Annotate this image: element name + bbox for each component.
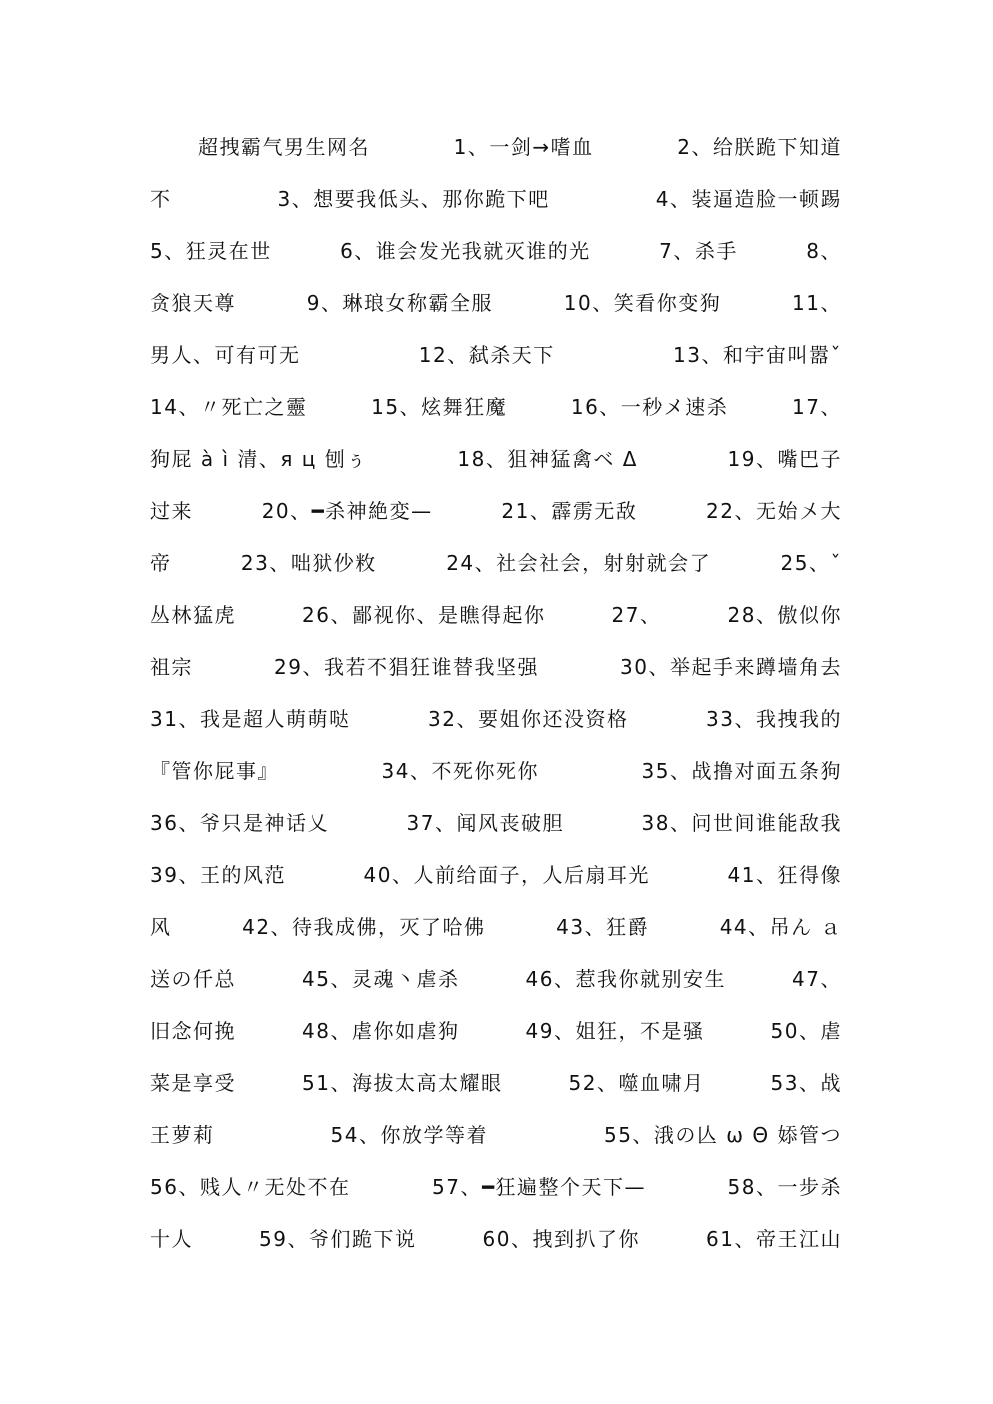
name-entry: 50、虐 — [771, 1012, 842, 1050]
name-entry: 17、 — [792, 388, 842, 426]
name-entry: 34、不死你死你 — [382, 752, 539, 790]
name-entry: 45、灵魂丶虐杀 — [302, 960, 459, 998]
name-entry: 25、ˇ — [781, 544, 842, 582]
name-entry: 5、狂灵在世 — [150, 232, 272, 270]
name-entry: 48、虐你如虐狗 — [302, 1012, 459, 1050]
text-line: 『管你屁事』 34、不死你死你 35、战撸对面五条狗 — [150, 752, 842, 804]
text-line: 39、王的风范 40、人前给面子，人后扇耳光 41、狂得像 — [150, 856, 842, 908]
name-entry: 46、惹我你就别安生 — [526, 960, 726, 998]
name-entry: 11、 — [792, 284, 842, 322]
document-body: 超拽霸气男生网名 1、一剑→嗜血 2、给朕跪下知道 不 3、想要我低头、那你跪下… — [150, 128, 842, 1272]
name-entry: 43、狂爵 — [556, 908, 649, 946]
name-entry: 9、琳琅女称霸全服 — [307, 284, 493, 322]
name-entry: 55、涐の亾 ω Θ 婖管つ — [604, 1116, 842, 1154]
name-entry: 54、你放学等着 — [331, 1116, 488, 1154]
text-line: 菜是享受 51、海拔太高太耀眼 52、噬血啸月 53、战 — [150, 1064, 842, 1116]
text-line: 14、〃死亡之靈 15、炫舞狂魔 16、一秒メ速杀 17、 — [150, 388, 842, 440]
name-entry: 4、装逼造脸一顿踢 — [656, 180, 842, 218]
text-line: 过来 20、━杀神絶変— 21、霹雳无敌 22、无始〤大 — [150, 492, 842, 544]
name-entry: 42、待我成佛，灭了哈佛 — [242, 908, 485, 946]
name-entry: 王萝莉 — [150, 1116, 215, 1154]
name-entry: 1、一剑→嗜血 — [454, 128, 594, 166]
name-entry: 15、炫舞狂魔 — [371, 388, 507, 426]
name-entry: 24、社会社会，射射就会了 — [446, 544, 711, 582]
name-entry: 3、想要我低头、那你跪下吧 — [278, 180, 550, 218]
name-entry: 49、姐狂，不是骚 — [526, 1012, 705, 1050]
name-entry: 10、笑看你变狗 — [564, 284, 721, 322]
text-line: 男人、可有可无 12、弑杀天下 13、和宇宙叫嚣ˇ — [150, 336, 842, 388]
text-line: 狗屁 à ì 清、я ц 刨ぅ 18、狙神猛禽ベ Δ 19、嘴巴子 — [150, 440, 842, 492]
name-entry: 2、给朕跪下知道 — [677, 128, 842, 166]
text-line: 31、我是超人萌萌哒 32、要姐你还没资格 33、我拽我的 — [150, 700, 842, 752]
name-entry: 19、嘴巴子 — [728, 440, 842, 478]
name-entry: 祖宗 — [150, 648, 193, 686]
name-entry: 56、贱人〃无处不在 — [150, 1168, 350, 1206]
document-page: 超拽霸气男生网名 1、一剑→嗜血 2、给朕跪下知道 不 3、想要我低头、那你跪下… — [0, 0, 993, 1404]
name-entry: 22、无始〤大 — [706, 492, 842, 530]
name-entry: 21、霹雳无敌 — [501, 492, 637, 530]
name-entry: 过来 — [150, 492, 193, 530]
text-line: 王萝莉 54、你放学等着 55、涐の亾 ω Θ 婖管つ — [150, 1116, 842, 1168]
text-line: 贪狼天尊 9、琳琅女称霸全服 10、笑看你变狗 11、 — [150, 284, 842, 336]
text-line: 风 42、待我成佛，灭了哈佛 43、狂爵 44、吊ん ａ — [150, 908, 842, 960]
name-entry: 12、弑杀天下 — [419, 336, 555, 374]
name-entry: 39、王的风范 — [150, 856, 286, 894]
name-entry: 40、人前给面子，人后扇耳光 — [364, 856, 650, 894]
name-entry: 44、吊ん ａ — [720, 908, 842, 946]
name-entry: 6、谁会发光我就灭谁的光 — [340, 232, 591, 270]
name-entry: 28、傲似你 — [728, 596, 842, 634]
name-entry: 59、爷们跪下说 — [259, 1220, 416, 1258]
name-entry: 26、鄙视你、是瞧得起你 — [302, 596, 545, 634]
name-entry: 35、战撸对面五条狗 — [642, 752, 842, 790]
name-entry: 十人 — [150, 1220, 193, 1258]
text-line: 5、狂灵在世 6、谁会发光我就灭谁的光 7、杀手 8、 — [150, 232, 842, 284]
text-line: 帝 23、咄狱仯敉 24、社会社会，射射就会了 25、ˇ — [150, 544, 842, 596]
name-entry: 『管你屁事』 — [150, 752, 279, 790]
name-entry: 狗屁 à ì 清、я ц 刨ぅ — [150, 440, 368, 478]
name-entry: 30、举起手来蹲墙角去 — [620, 648, 842, 686]
name-entry: 贪狼天尊 — [150, 284, 236, 322]
text-line: 丛林猛虎 26、鄙视你、是瞧得起你 27、 28、傲似你 — [150, 596, 842, 648]
name-entry: 14、〃死亡之靈 — [150, 388, 307, 426]
name-entry: 38、问世间谁能敌我 — [642, 804, 842, 842]
text-line: 56、贱人〃无处不在 57、━狂遍整个天下— 58、一步杀 — [150, 1168, 842, 1220]
name-entry: 52、噬血啸月 — [569, 1064, 705, 1102]
text-line: 36、爷只是神话乂 37、闻风丧破胆 38、问世间谁能敌我 — [150, 804, 842, 856]
name-entry: 61、帝王江山 — [706, 1220, 842, 1258]
name-entry: 51、海拔太高太耀眼 — [302, 1064, 502, 1102]
name-entry: 58、一步杀 — [728, 1168, 842, 1206]
name-entry: 47、 — [792, 960, 842, 998]
name-entry: 36、爷只是神话乂 — [150, 804, 329, 842]
name-entry: 帝 — [150, 544, 172, 582]
name-entry: 57、━狂遍整个天下— — [432, 1168, 646, 1206]
text-line: 超拽霸气男生网名 1、一剑→嗜血 2、给朕跪下知道 — [150, 128, 842, 180]
name-entry: 风 — [150, 908, 172, 946]
name-entry: 18、狙神猛禽ベ Δ — [457, 440, 638, 478]
name-entry: 31、我是超人萌萌哒 — [150, 700, 350, 738]
name-entry: 送の仟总 — [150, 960, 236, 998]
name-entry: 53、战 — [771, 1064, 842, 1102]
name-entry: 13、和宇宙叫嚣ˇ — [673, 336, 842, 374]
name-entry: 32、要姐你还没资格 — [428, 700, 628, 738]
text-line: 祖宗 29、我若不猖狂谁替我坚强 30、举起手来蹲墙角去 — [150, 648, 842, 700]
name-entry: 男人、可有可无 — [150, 336, 301, 374]
name-entry: 23、咄狱仯敉 — [241, 544, 377, 582]
name-entry: 29、我若不猖狂谁替我坚强 — [274, 648, 539, 686]
name-entry: 27、 — [612, 596, 662, 634]
name-entry: 7、杀手 — [659, 232, 738, 270]
name-entry: 16、一秒メ速杀 — [571, 388, 728, 426]
name-entry: 不 — [150, 180, 172, 218]
name-entry: 41、狂得像 — [728, 856, 842, 894]
name-entry: 旧念何挽 — [150, 1012, 236, 1050]
text-line: 送の仟总 45、灵魂丶虐杀 46、惹我你就别安生 47、 — [150, 960, 842, 1012]
name-entry: 60、拽到扒了你 — [483, 1220, 640, 1258]
name-entry: 37、闻风丧破胆 — [407, 804, 564, 842]
name-entry: 菜是享受 — [150, 1064, 236, 1102]
name-entry: 20、━杀神絶変— — [262, 492, 433, 530]
document-title: 超拽霸气男生网名 — [198, 128, 370, 166]
name-entry: 33、我拽我的 — [706, 700, 842, 738]
text-line: 十人 59、爷们跪下说 60、拽到扒了你 61、帝王江山 — [150, 1220, 842, 1272]
name-entry: 丛林猛虎 — [150, 596, 236, 634]
text-line: 不 3、想要我低头、那你跪下吧 4、装逼造脸一顿踢 — [150, 180, 842, 232]
name-entry: 8、 — [806, 232, 842, 270]
text-line: 旧念何挽 48、虐你如虐狗 49、姐狂，不是骚 50、虐 — [150, 1012, 842, 1064]
